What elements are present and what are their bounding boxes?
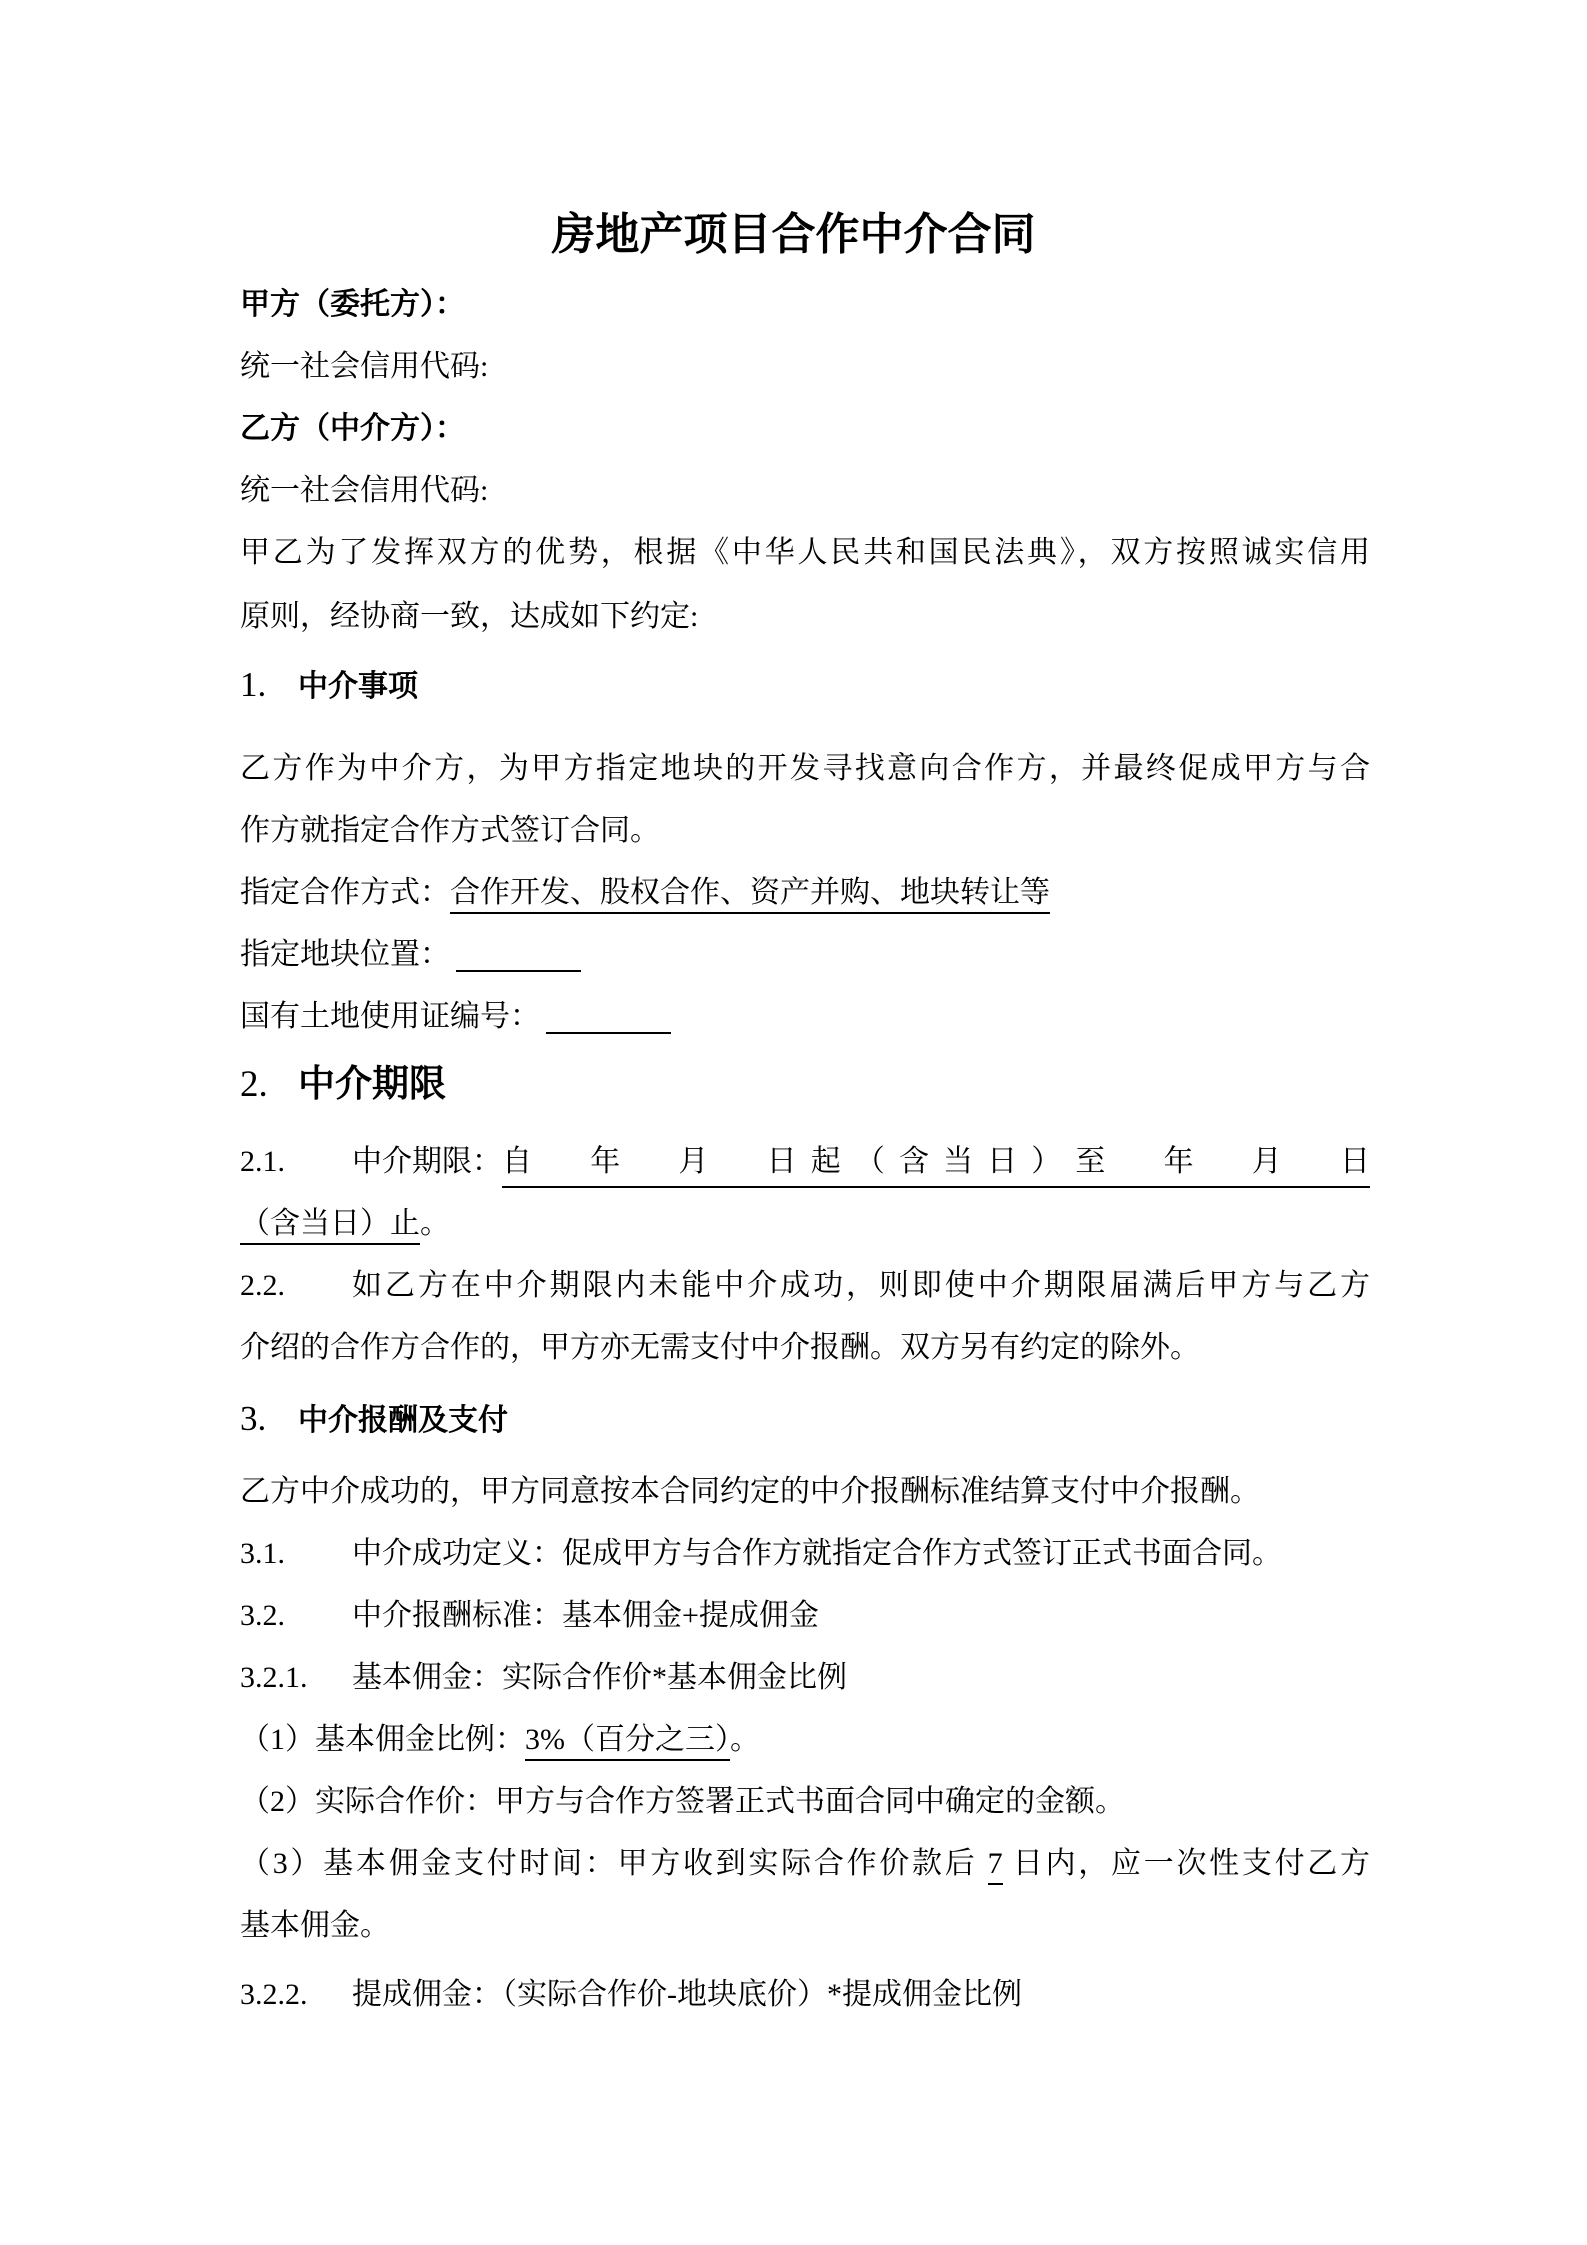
section-3-intro: 乙方中介成功的，甲方同意按本合同约定的中介报酬标准结算支付中介报酬。 xyxy=(240,1471,1370,1513)
clause-3-2-2-line: 3.2.2.提成佣金：（实际合作价-地块底价）*提成佣金比例 xyxy=(240,1974,1370,2016)
commission-item-2-line: （2）实际合作价：甲方与合作方签署正式书面合同中确定的金额。 xyxy=(240,1781,1370,1823)
clause-3-2-number: 3.2. xyxy=(240,1595,352,1637)
preamble-line-1: 甲乙为了发挥双方的优势，根据《中华人民共和国民法典》，双方按照诚实信用 xyxy=(240,532,1370,574)
land-cert-line: 国有土地使用证编号： xyxy=(240,996,1370,1038)
land-location-blank xyxy=(456,936,581,972)
clause-3-1-text: 中介成功定义：促成甲方与合作方就指定合作方式签订正式书面合同。 xyxy=(352,1537,1282,1570)
clause-3-2-2-number: 3.2.2. xyxy=(240,1974,352,2016)
section-3-heading-text: 中介报酬及支付 xyxy=(298,1404,508,1437)
clause-2-2-line-1: 2.2.如乙方在中介期限内未能中介成功，则即使中介期限届满后甲方与乙方 xyxy=(240,1265,1370,1310)
clause-2-1-line-2-period: 。 xyxy=(420,1207,450,1240)
party-a-label: 甲方（委托方）： xyxy=(240,284,1370,326)
commission-rate-value: 3%（百分之三） xyxy=(525,1723,730,1761)
section-3-heading: 3.中介报酬及支付 xyxy=(240,1398,1370,1442)
section-1-body-line-1: 乙方作为中介方，为甲方指定地块的开发寻找意向合作方，并最终促成甲方与合 xyxy=(240,748,1370,790)
cooperation-mode-line: 指定合作方式：合作开发、股权合作、资产并购、地块转让等 xyxy=(240,872,1370,914)
commission-item-3-line-2: 基本佣金。 xyxy=(240,1905,1370,1947)
cooperation-mode-label: 指定合作方式： xyxy=(240,876,450,909)
clause-3-2-line: 3.2.中介报酬标准：基本佣金+提成佣金 xyxy=(240,1595,1370,1637)
payment-days-value: 7 xyxy=(988,1847,1003,1885)
section-2-number: 2. xyxy=(240,1064,298,1106)
clause-3-2-2-text: 提成佣金：（实际合作价-地块底价）*提成佣金比例 xyxy=(352,1978,1022,2011)
clause-2-1-line-2: （含当日）止。 xyxy=(240,1203,1370,1245)
section-1-number: 1. xyxy=(240,664,298,706)
commission-item-3-prefix: （3）基本佣金支付时间：甲方收到实际合作价款后 xyxy=(240,1847,988,1880)
cooperation-mode-value: 合作开发、股权合作、资产并购、地块转让等 xyxy=(450,876,1050,914)
clause-2-2-text-2: 介绍的合作方合作的，甲方亦无需支付中介报酬。双方另有约定的除外。 xyxy=(240,1327,1370,1369)
clause-3-2-1-text: 基本佣金：实际合作价*基本佣金比例 xyxy=(352,1661,847,1694)
clause-2-2-number: 2.2. xyxy=(240,1265,352,1307)
clause-2-1-date-blank: 自 年 月 日起（含当日）至 年 月 日 xyxy=(502,1141,1370,1188)
commission-item-3-line: （3）基本佣金支付时间：甲方收到实际合作价款后 7 日内，应一次性支付乙方 xyxy=(240,1843,1370,1885)
clause-3-2-1-number: 3.2.1. xyxy=(240,1657,352,1699)
section-1-heading-text: 中介事项 xyxy=(298,670,418,703)
clause-3-2-1-line: 3.2.1.基本佣金：实际合作价*基本佣金比例 xyxy=(240,1657,1370,1699)
section-2-heading-text: 中介期限 xyxy=(298,1064,446,1105)
preamble-line-2: 原则，经协商一致，达成如下约定: xyxy=(240,596,1370,638)
clause-3-1-line: 3.1.中介成功定义：促成甲方与合作方就指定合作方式签订正式书面合同。 xyxy=(240,1533,1370,1575)
land-cert-label: 国有土地使用证编号： xyxy=(240,1000,540,1033)
party-b-credit-code-label: 统一社会信用代码: xyxy=(240,470,1370,512)
clause-2-2-text-1: 如乙方在中介期限内未能中介成功，则即使中介期限届满后甲方与乙方 xyxy=(352,1265,1370,1310)
clause-2-1-number: 2.1. xyxy=(240,1141,352,1183)
section-1-body-line-2: 作方就指定合作方式签订合同。 xyxy=(240,810,1370,852)
commission-item-1-line: （1）基本佣金比例：3%（百分之三）。 xyxy=(240,1719,1370,1761)
commission-item-3-suffix: 日内，应一次性支付乙方 xyxy=(1003,1847,1370,1880)
land-cert-blank xyxy=(546,998,671,1034)
clause-3-2-text: 中介报酬标准：基本佣金+提成佣金 xyxy=(352,1599,819,1632)
section-3-number: 3. xyxy=(240,1398,298,1440)
land-location-line: 指定地块位置： xyxy=(240,934,1370,976)
contract-document-page: 房地产项目合作中介合同 甲方（委托方）： 统一社会信用代码: 乙方（中介方）： … xyxy=(0,0,1587,2245)
document-title: 房地产项目合作中介合同 xyxy=(0,207,1587,263)
clause-2-1-label: 中介期限： xyxy=(352,1141,502,1183)
party-a-credit-code-label: 统一社会信用代码: xyxy=(240,346,1370,388)
section-2-heading: 2.中介期限 xyxy=(240,1064,1370,1108)
land-location-label: 指定地块位置： xyxy=(240,938,450,971)
commission-item-1-period: 。 xyxy=(730,1723,760,1756)
clause-2-1-line-2-underlined: （含当日）止 xyxy=(240,1207,420,1245)
commission-item-1-prefix: （1）基本佣金比例： xyxy=(240,1723,525,1756)
section-1-heading: 1.中介事项 xyxy=(240,664,1370,708)
clause-2-1-line-1: 2.1.中介期限：自 年 月 日起（含当日）至 年 月 日 xyxy=(240,1141,1370,1188)
party-b-label: 乙方（中介方）： xyxy=(240,408,1370,450)
clause-3-1-number: 3.1. xyxy=(240,1533,352,1575)
